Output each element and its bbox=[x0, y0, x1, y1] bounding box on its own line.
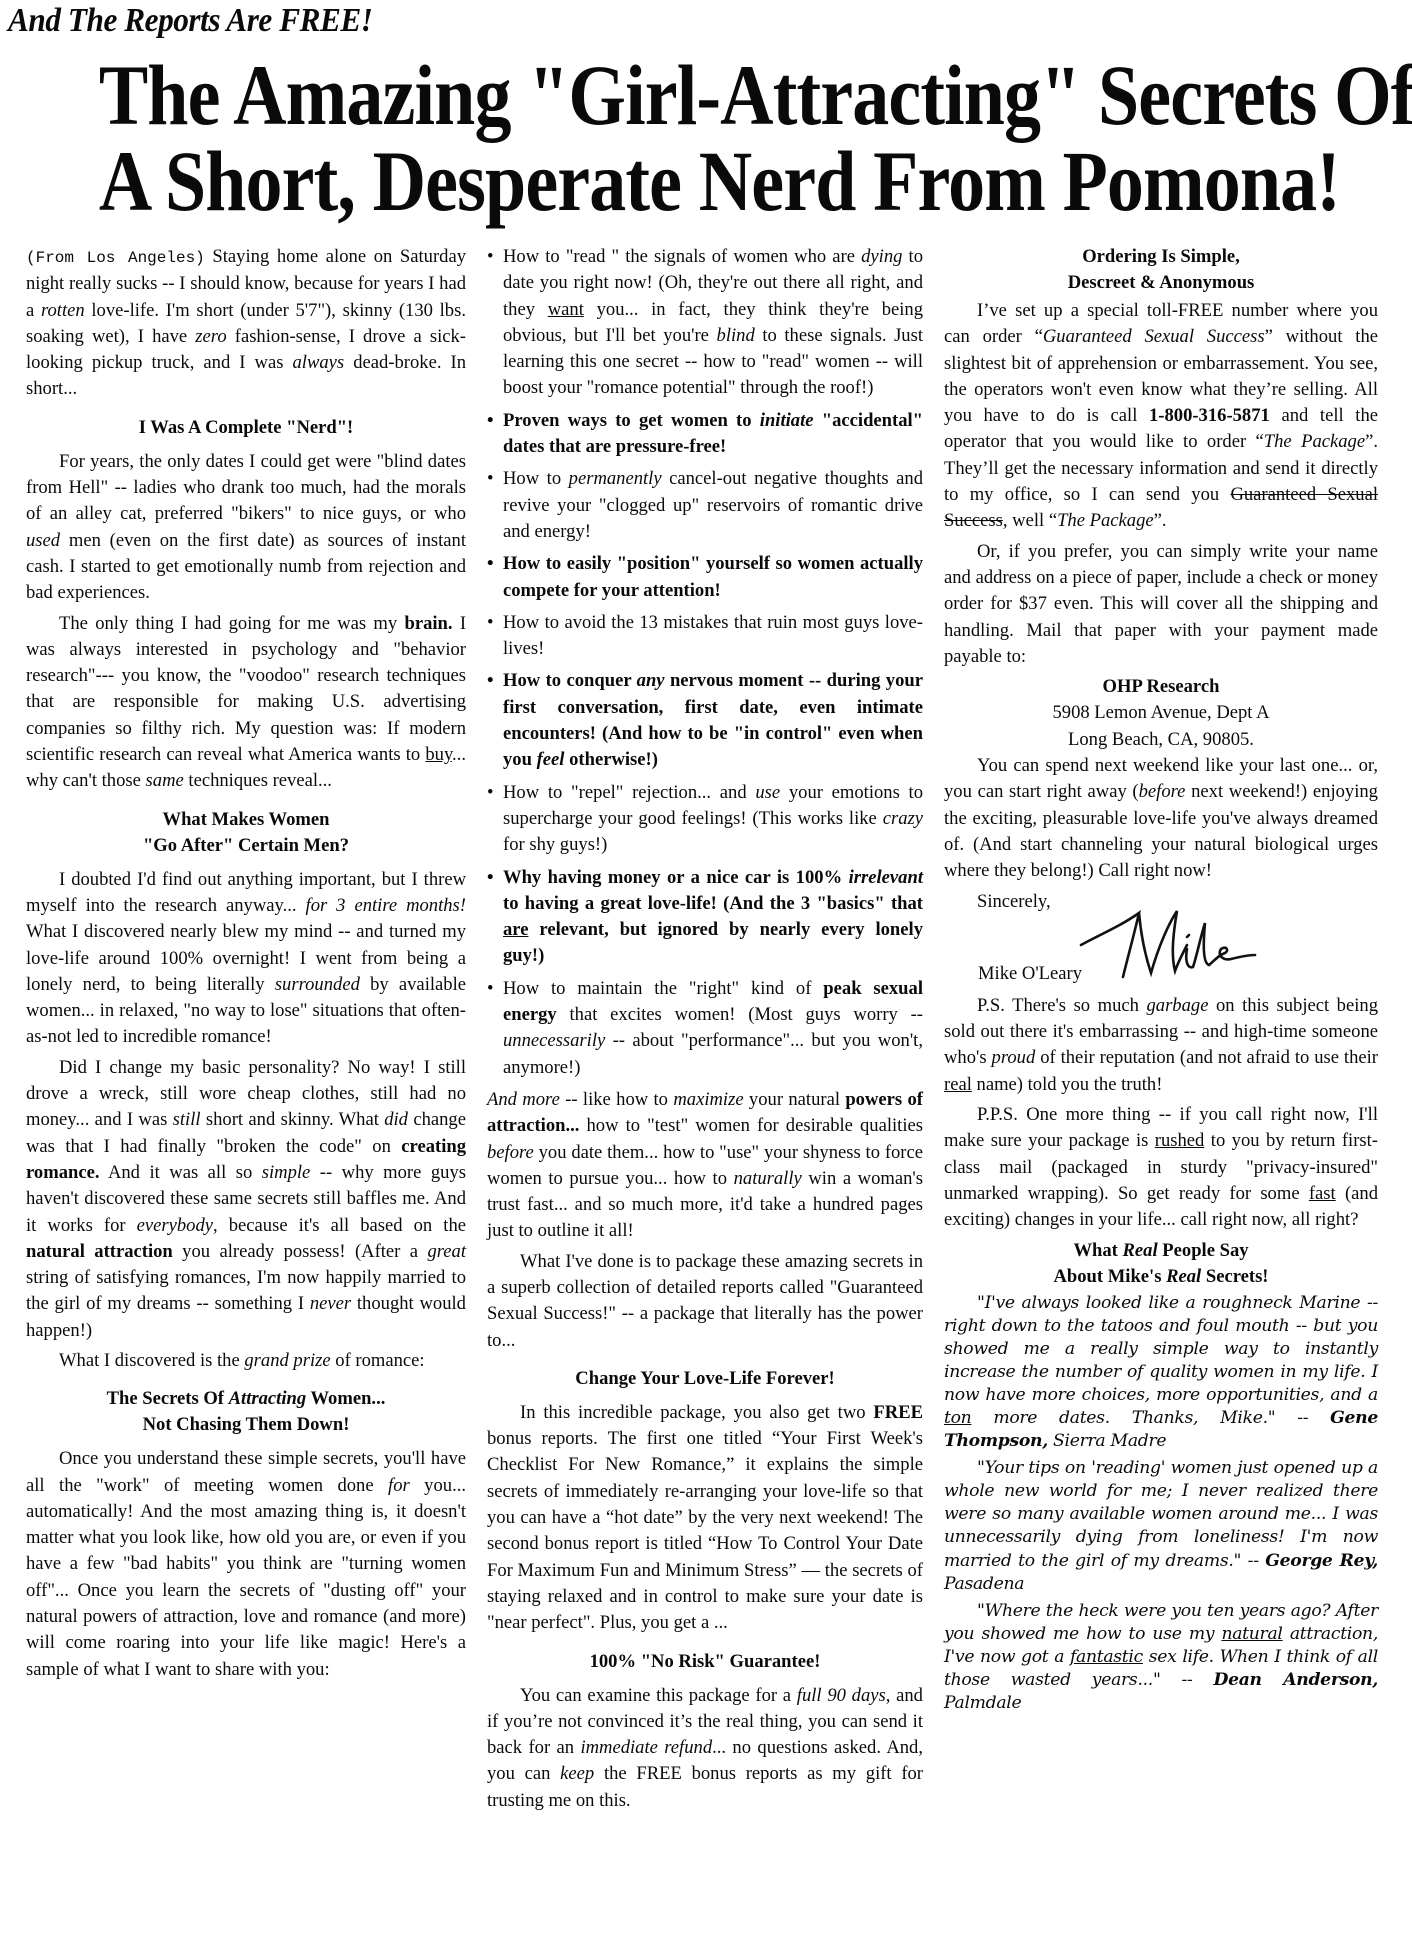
subhead-ordering: Ordering Is Simple,Descreet & Anonymous bbox=[944, 244, 1378, 296]
paragraph-toll-free: I’ve set up a special toll-FREE number w… bbox=[944, 298, 1378, 535]
testimonial-location: Palmdale bbox=[944, 1693, 1021, 1713]
dateline: (From Los Angeles) bbox=[26, 249, 205, 267]
list-item: How to conquer any nervous moment -- dur… bbox=[487, 668, 923, 773]
paragraph-once: Once you understand these simple secrets… bbox=[26, 1446, 466, 1683]
paragraph-grand-prize: What I discovered is the grand prize of … bbox=[26, 1348, 466, 1374]
paragraph-spend-weekend: You can spend next weekend like your las… bbox=[944, 753, 1378, 884]
list-item: Why having money or a nice car is 100% i… bbox=[487, 865, 923, 970]
paragraph-doubted: I doubted I'd find out anything importan… bbox=[26, 867, 466, 1051]
paragraph-examine: You can examine this package for a full … bbox=[487, 1683, 923, 1814]
paragraph-and-more: And more -- like how to maximize your na… bbox=[487, 1087, 923, 1245]
paragraph-bonus-reports: In this incredible package, you also get… bbox=[487, 1400, 923, 1637]
list-item: How to "read " the signals of women who … bbox=[487, 244, 923, 402]
headline-line-1: The Amazing "Girl-Attracting" Secrets Of bbox=[99, 52, 1313, 138]
kicker: And The Reports Are FREE! bbox=[8, 2, 373, 40]
list-item: How to avoid the 13 mistakes that ruin m… bbox=[487, 610, 923, 663]
subhead-secrets-of-attracting: The Secrets Of Attracting Women...Not Ch… bbox=[26, 1386, 466, 1438]
paragraph-package: What I've done is to package these amazi… bbox=[487, 1249, 923, 1354]
testimonial-author: Dean Anderson, bbox=[1213, 1670, 1378, 1690]
signature-block: Mike O'Leary bbox=[944, 919, 1378, 993]
headline-line-2: A Short, Desperate Nerd From Pomona! bbox=[99, 138, 1313, 224]
mailing-address: OHP Research 5908 Lemon Avenue, Dept A L… bbox=[944, 674, 1378, 753]
subhead-guarantee: 100% "No Risk" Guarantee! bbox=[487, 1649, 923, 1675]
benefits-list: How to "read " the signals of women who … bbox=[487, 244, 923, 1081]
list-item: Proven ways to get women to initiate "ac… bbox=[487, 408, 923, 461]
paragraph-change: Did I change my basic personality? No wa… bbox=[26, 1055, 466, 1344]
list-item: How to maintain the "right" kind of peak… bbox=[487, 976, 923, 1081]
list-item: How to permanently cancel-out negative t… bbox=[487, 466, 923, 545]
postscript: P.S. There's so much garbage on this sub… bbox=[944, 993, 1378, 1098]
post-postscript: P.P.S. One more thing -- if you call rig… bbox=[944, 1102, 1378, 1233]
intro-paragraph: (From Los Angeles) Staying home alone on… bbox=[26, 244, 466, 403]
signature-name: Mike O'Leary bbox=[978, 961, 1082, 987]
paragraph-years: For years, the only dates I could get we… bbox=[26, 449, 466, 607]
handwritten-signature-icon bbox=[1079, 905, 1259, 985]
column-2: How to "read " the signals of women who … bbox=[487, 244, 923, 1818]
headline: The Amazing "Girl-Attracting" Secrets Of… bbox=[0, 52, 1412, 224]
paragraph-mail-order: Or, if you prefer, you can simply write … bbox=[944, 539, 1378, 670]
column-1: (From Los Angeles) Staying home alone on… bbox=[26, 244, 466, 1687]
column-3: Ordering Is Simple,Descreet & Anonymous … bbox=[944, 244, 1378, 1719]
testimonial: "Your tips on 'reading' women just opene… bbox=[944, 1457, 1378, 1596]
address-city: Long Beach, CA, 90805. bbox=[944, 727, 1378, 753]
phone-number: 1-800-316-5871 bbox=[1149, 405, 1270, 426]
subhead-what-makes-women: What Makes Women"Go After" Certain Men? bbox=[26, 807, 466, 859]
testimonial: "I've always looked like a roughneck Mar… bbox=[944, 1292, 1378, 1454]
paragraph-brain: The only thing I had going for me was my… bbox=[26, 611, 466, 795]
address-street: 5908 Lemon Avenue, Dept A bbox=[944, 700, 1378, 726]
subhead-nerd: I Was A Complete "Nerd"! bbox=[26, 415, 466, 441]
testimonial-author: George Rey, bbox=[1265, 1551, 1378, 1571]
testimonial-location: Sierra Madre bbox=[1048, 1431, 1166, 1451]
testimonial-location: Pasadena bbox=[944, 1574, 1024, 1594]
list-item: How to easily "position" yourself so wom… bbox=[487, 551, 923, 604]
list-item: How to "repel" rejection... and use your… bbox=[487, 780, 923, 859]
address-company: OHP Research bbox=[944, 674, 1378, 700]
subhead-testimonials: What Real People SayAbout Mike's Real Se… bbox=[944, 1238, 1378, 1290]
testimonial: "Where the heck were you ten years ago? … bbox=[944, 1600, 1378, 1715]
subhead-change-love-life: Change Your Love-Life Forever! bbox=[487, 1366, 923, 1392]
